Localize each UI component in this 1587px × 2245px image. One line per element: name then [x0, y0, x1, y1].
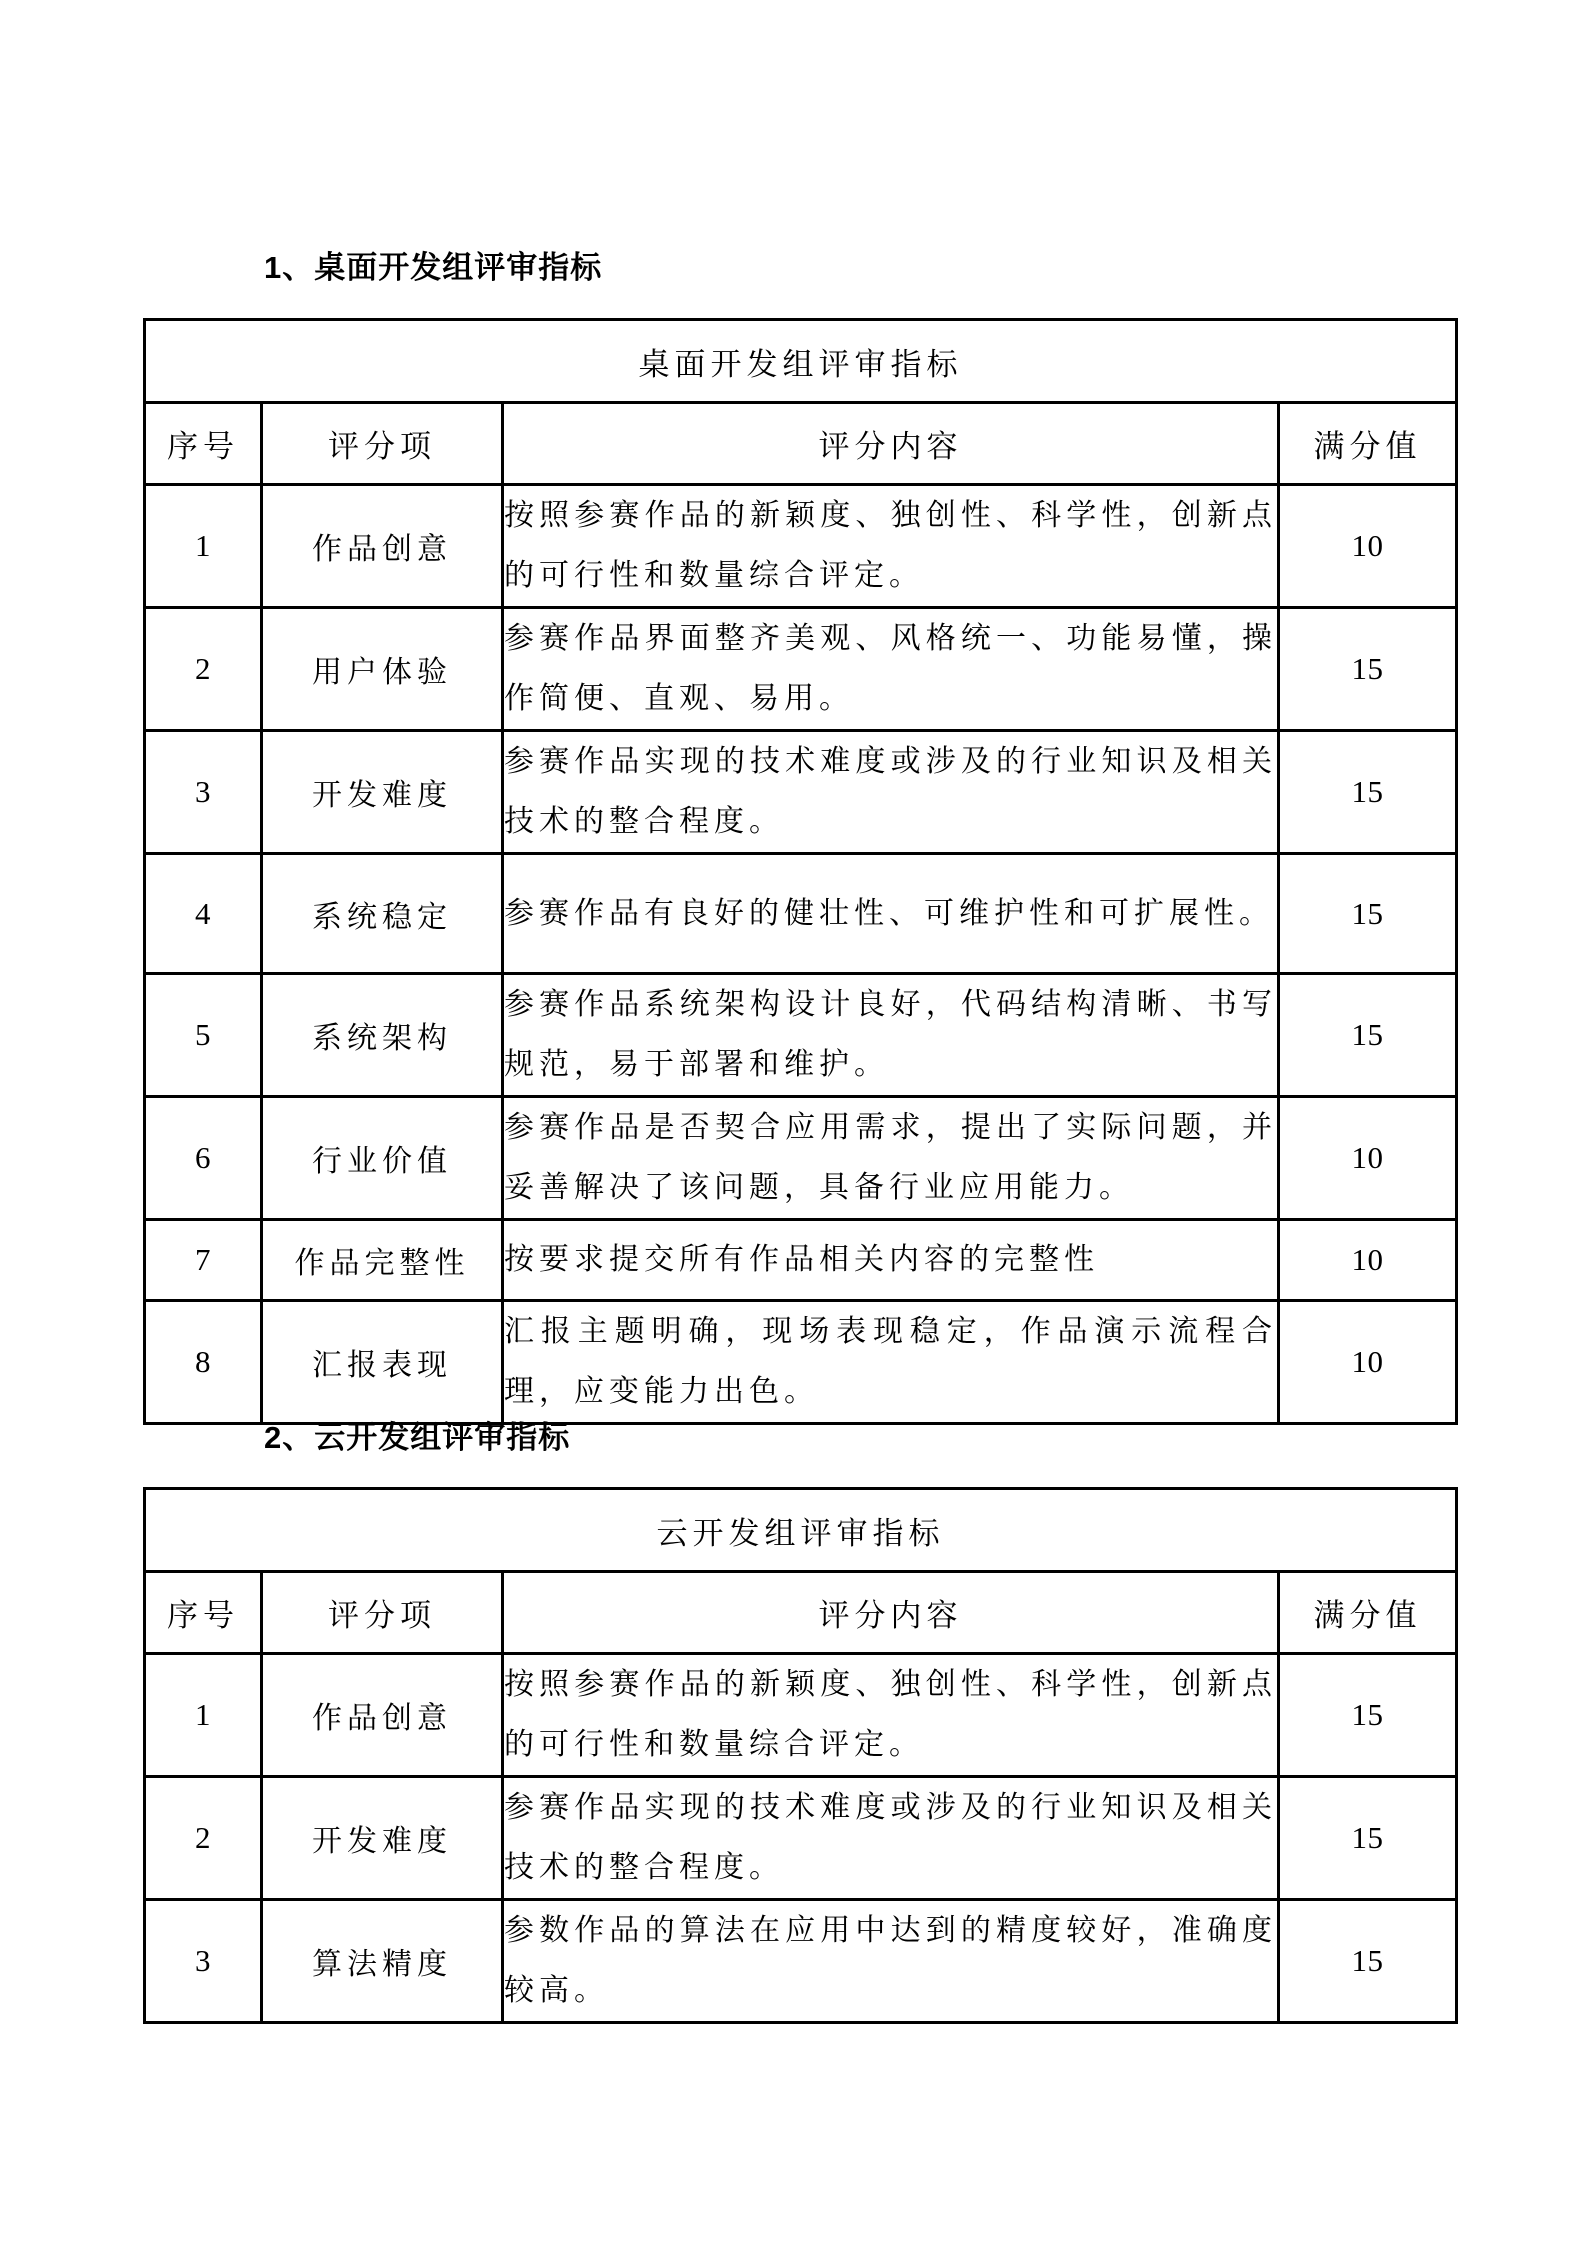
score-cell: 10 [1279, 1220, 1457, 1301]
table-row: 8 汇报表现 汇报主题明确，现场表现稳定，作品演示流程合理，应变能力出色。 10 [145, 1301, 1457, 1424]
score-cell: 15 [1279, 1777, 1457, 1900]
table-row: 1 作品创意 按照参赛作品的新颖度、独创性、科学性，创新点的可行性和数量综合评定… [145, 485, 1457, 608]
table-header-row: 序号 评分项 评分内容 满分值 [145, 403, 1457, 485]
desktop-group-table: 桌面开发组评审指标 序号 评分项 评分内容 满分值 1 作品创意 按照参赛作品的… [143, 318, 1458, 1425]
content-cell: 参赛作品界面整齐美观、风格统一、功能易懂，操作简便、直观、易用。 [503, 608, 1279, 731]
table-row: 2 用户体验 参赛作品界面整齐美观、风格统一、功能易懂，操作简便、直观、易用。 … [145, 608, 1457, 731]
table-row: 4 系统稳定 参赛作品有良好的健壮性、可维护性和可扩展性。 15 [145, 854, 1457, 974]
item-cell: 开发难度 [262, 1777, 503, 1900]
content-cell: 参赛作品实现的技术难度或涉及的行业知识及相关技术的整合程度。 [503, 1777, 1279, 1900]
col-header-item: 评分项 [262, 1572, 503, 1654]
row-number-cell: 5 [145, 974, 262, 1097]
content-cell: 参数作品的算法在应用中达到的精度较好，准确度较高。 [503, 1900, 1279, 2023]
score-cell: 15 [1279, 731, 1457, 854]
cloud-group-table: 云开发组评审指标 序号 评分项 评分内容 满分值 1 作品创意 按照参赛作品的新… [143, 1487, 1458, 2024]
col-header-content: 评分内容 [503, 403, 1279, 485]
col-header-no: 序号 [145, 1572, 262, 1654]
item-cell: 作品创意 [262, 1654, 503, 1777]
table-row: 7 作品完整性 按要求提交所有作品相关内容的完整性 10 [145, 1220, 1457, 1301]
col-header-content: 评分内容 [503, 1572, 1279, 1654]
item-cell: 系统稳定 [262, 854, 503, 974]
score-cell: 10 [1279, 1301, 1457, 1424]
document-page: 1、桌面开发组评审指标 桌面开发组评审指标 序号 评分项 评分内容 满分值 1 … [0, 0, 1587, 2245]
table-header-row: 序号 评分项 评分内容 满分值 [145, 1572, 1457, 1654]
table-title-row: 云开发组评审指标 [145, 1489, 1457, 1572]
table-row: 1 作品创意 按照参赛作品的新颖度、独创性、科学性，创新点的可行性和数量综合评定… [145, 1654, 1457, 1777]
table-title: 云开发组评审指标 [145, 1489, 1457, 1572]
score-cell: 10 [1279, 1097, 1457, 1220]
row-number-cell: 3 [145, 731, 262, 854]
row-number-cell: 2 [145, 1777, 262, 1900]
table-title: 桌面开发组评审指标 [145, 320, 1457, 403]
section-2-heading: 2、云开发组评审指标 [264, 1418, 570, 1458]
item-cell: 汇报表现 [262, 1301, 503, 1424]
row-number-cell: 4 [145, 854, 262, 974]
col-header-no: 序号 [145, 403, 262, 485]
content-cell: 按要求提交所有作品相关内容的完整性 [503, 1220, 1279, 1301]
content-cell: 按照参赛作品的新颖度、独创性、科学性，创新点的可行性和数量综合评定。 [503, 485, 1279, 608]
col-header-item: 评分项 [262, 403, 503, 485]
row-number-cell: 1 [145, 485, 262, 608]
row-number-cell: 2 [145, 608, 262, 731]
row-number-cell: 1 [145, 1654, 262, 1777]
item-cell: 行业价值 [262, 1097, 503, 1220]
content-cell: 汇报主题明确，现场表现稳定，作品演示流程合理，应变能力出色。 [503, 1301, 1279, 1424]
item-cell: 系统架构 [262, 974, 503, 1097]
row-number-cell: 8 [145, 1301, 262, 1424]
content-cell: 参赛作品有良好的健壮性、可维护性和可扩展性。 [503, 854, 1279, 974]
item-cell: 作品完整性 [262, 1220, 503, 1301]
score-cell: 15 [1279, 1900, 1457, 2023]
section-1-heading: 1、桌面开发组评审指标 [264, 248, 602, 288]
col-header-score: 满分值 [1279, 1572, 1457, 1654]
table-title-row: 桌面开发组评审指标 [145, 320, 1457, 403]
row-number-cell: 3 [145, 1900, 262, 2023]
item-cell: 用户体验 [262, 608, 503, 731]
table-row: 3 开发难度 参赛作品实现的技术难度或涉及的行业知识及相关技术的整合程度。 15 [145, 731, 1457, 854]
table-row: 2 开发难度 参赛作品实现的技术难度或涉及的行业知识及相关技术的整合程度。 15 [145, 1777, 1457, 1900]
score-cell: 15 [1279, 608, 1457, 731]
col-header-score: 满分值 [1279, 403, 1457, 485]
row-number-cell: 7 [145, 1220, 262, 1301]
item-cell: 算法精度 [262, 1900, 503, 2023]
content-cell: 按照参赛作品的新颖度、独创性、科学性，创新点的可行性和数量综合评定。 [503, 1654, 1279, 1777]
content-cell: 参赛作品实现的技术难度或涉及的行业知识及相关技术的整合程度。 [503, 731, 1279, 854]
item-cell: 开发难度 [262, 731, 503, 854]
content-cell: 参赛作品是否契合应用需求，提出了实际问题，并妥善解决了该问题，具备行业应用能力。 [503, 1097, 1279, 1220]
score-cell: 15 [1279, 854, 1457, 974]
row-number-cell: 6 [145, 1097, 262, 1220]
table-row: 6 行业价值 参赛作品是否契合应用需求，提出了实际问题，并妥善解决了该问题，具备… [145, 1097, 1457, 1220]
score-cell: 15 [1279, 974, 1457, 1097]
score-cell: 15 [1279, 1654, 1457, 1777]
table-row: 5 系统架构 参赛作品系统架构设计良好，代码结构清晰、书写规范，易于部署和维护。… [145, 974, 1457, 1097]
score-cell: 10 [1279, 485, 1457, 608]
content-cell: 参赛作品系统架构设计良好，代码结构清晰、书写规范，易于部署和维护。 [503, 974, 1279, 1097]
item-cell: 作品创意 [262, 485, 503, 608]
table-row: 3 算法精度 参数作品的算法在应用中达到的精度较好，准确度较高。 15 [145, 1900, 1457, 2023]
